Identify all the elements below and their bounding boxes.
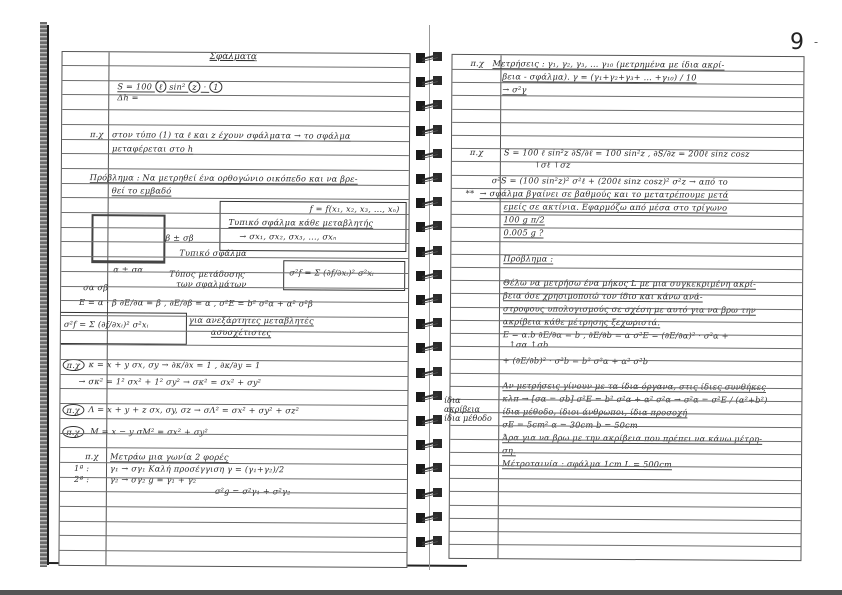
p2-b: βεια όσε χρησιμοποιώ τον ίδιο και κάνω α… xyxy=(503,290,703,301)
page-number: 9 xyxy=(790,30,804,55)
example-1b: μεταφέρεται στο h xyxy=(112,143,193,153)
spiral-ring xyxy=(416,439,442,451)
ruled-line xyxy=(450,518,801,521)
ruled-line xyxy=(450,491,801,494)
ruled-line xyxy=(62,109,409,112)
ruled-line xyxy=(451,267,802,270)
spiral-ring xyxy=(416,100,442,112)
ex-angle-2-prefix: 2ª : xyxy=(74,474,89,484)
p2-k: Άρα για να βρω με την ακρίβεια που πρέπε… xyxy=(502,432,762,444)
measurements-c: → σ²γ xyxy=(502,84,526,94)
binding-edge xyxy=(47,25,49,565)
ex-k-prefix: π.χ xyxy=(63,359,85,371)
spiral-ring xyxy=(416,149,442,161)
ruled-line xyxy=(62,124,409,127)
spiral-ring xyxy=(416,52,442,64)
ruled-line xyxy=(452,122,803,125)
binding-strip xyxy=(40,22,47,567)
ex-angle-1-prefix: 1ª : xyxy=(74,463,89,473)
ruled-line xyxy=(61,344,408,347)
ruled-line xyxy=(62,65,409,68)
side-note-line: ακρίβεια xyxy=(444,405,492,414)
ruled-line xyxy=(450,505,801,508)
spiral-ring xyxy=(416,342,442,354)
f-definition: f = f(x₁, x₂, x₃, ..., xₙ) xyxy=(310,203,400,214)
ruled-line xyxy=(451,241,802,244)
ex-mu: Μ = x − y σΜ² = σx² + σy² xyxy=(90,426,208,437)
ruled-line xyxy=(60,506,407,509)
left-page: Σφάλματα S = 100 ℓ sin² z · 1 Δh = π.χ σ… xyxy=(58,51,410,568)
boxed-formula: σ²f = Σ (∂f/∂xᵢ)² σ²xᵢ xyxy=(64,319,149,330)
formula-s: S = 100 ℓ sin² z · 1 xyxy=(117,80,222,93)
ruled-line xyxy=(452,135,803,138)
spiral-ring xyxy=(416,318,442,330)
p2-l: ση. xyxy=(502,445,516,455)
ruled-line xyxy=(60,535,407,538)
margin-line xyxy=(105,52,109,565)
side-note-line: ίδια xyxy=(444,396,492,405)
note-prefix: ** xyxy=(466,188,475,198)
ruled-line xyxy=(451,373,802,376)
ruled-line xyxy=(62,94,409,97)
ex-lambda-prefix: π.χ xyxy=(62,404,84,416)
circled-z: z xyxy=(188,81,201,93)
spiral-ring xyxy=(416,221,442,233)
spiral-ring xyxy=(416,391,442,403)
side-note: ίδια ακρίβεια ίδια μέθοδο xyxy=(444,396,492,423)
spiral-ring xyxy=(416,125,442,137)
a-side-label: α ± σα xyxy=(113,264,143,274)
ex-k-result: → σκ² = 1² σx² + 1² σy² → σκ² = σx² + σy… xyxy=(79,376,262,387)
spiral-ring xyxy=(416,246,442,258)
scan-bottom-border xyxy=(0,590,842,595)
p2-e-sigmas: ↑σα ↑σb xyxy=(509,339,549,349)
p2-a: Θέλω να μετρήσω ένα μήκος L με μια συγκε… xyxy=(503,277,756,289)
spiral-ring xyxy=(416,488,442,500)
ex-lambda: Λ = x + y + z σx, σy, σz → σΛ² = σx² + σ… xyxy=(88,404,299,415)
ex-angle-3: σ²g = σ²γ₁ + σ²γ₂ xyxy=(215,486,291,496)
measurements-b: βεια - σφάλμα). γ = (γ₁+γ₂+γ₃+ ... +γ₁₀)… xyxy=(502,71,696,82)
ruled-line xyxy=(60,447,407,450)
ruled-line xyxy=(62,80,409,83)
note-c: 100 g π/2 xyxy=(504,214,545,224)
ruled-line xyxy=(62,197,409,200)
spiral-ring xyxy=(416,76,442,88)
problem-1b: θεί το εμβαδό xyxy=(112,185,172,195)
sigma-labels: σα σβ xyxy=(83,282,108,292)
ruled-line xyxy=(60,550,407,553)
spiral-ring xyxy=(416,367,442,379)
uncorrelated: ασυσχέτιστες xyxy=(211,327,271,337)
f-error-label: Τυπικό σφάλμα κάθε μεταβλητής xyxy=(229,217,374,228)
ruled-line xyxy=(450,544,801,547)
measurements-prefix: π.χ xyxy=(470,58,484,68)
ex-angle-prefix: π.χ xyxy=(85,451,99,461)
ruled-line xyxy=(60,521,407,524)
ruled-line xyxy=(452,161,803,164)
page-number-suffix: - xyxy=(814,35,818,49)
spiral-ring xyxy=(416,294,442,306)
measurements-a: Μετρήσεις : γ₁, γ₂, γ₃, ... γ₁₀ (μετρημέ… xyxy=(492,58,724,69)
spiral-ring xyxy=(416,173,442,185)
spiral-ring xyxy=(416,512,442,524)
ruled-line xyxy=(60,418,407,421)
side-note-line: ίδια μέθοδο xyxy=(444,414,492,423)
ruled-line xyxy=(61,388,408,391)
ruled-line xyxy=(62,153,409,156)
spiral-ring xyxy=(416,536,442,548)
area-derivatives: E = α · β ∂E/∂α = β , ∂E/∂β = α , σ²E = … xyxy=(79,297,313,308)
p2-j: σE = 5cm² α = 30cm b = 50cm xyxy=(502,419,638,430)
circled-l: ℓ xyxy=(155,81,167,93)
ex-angle-2: γ₂ → σγ₂ g = γ₁ + γ₂ xyxy=(110,474,196,485)
ex-angle: Μετράω μια γωνία 2 φορές xyxy=(110,451,229,462)
circled-1: 1 xyxy=(209,81,222,93)
ruled-line xyxy=(62,138,409,141)
spiral-ring xyxy=(416,463,442,475)
ruled-line xyxy=(452,95,803,98)
f-sigmas: → σx₁, σx₂, σx₃, ..., σxₙ xyxy=(239,231,336,242)
p2-m: Μέτροταινία : σφάλμα 1cm L = 500cm xyxy=(502,458,672,469)
spiral-ring xyxy=(416,197,442,209)
ruled-line xyxy=(451,346,802,349)
ruled-line xyxy=(450,478,801,481)
page-title: Σφάλματα xyxy=(210,52,257,62)
ruled-line xyxy=(450,531,801,534)
propagation-label-1: Τύπος μετάδοσης xyxy=(169,269,245,279)
spiral-ring xyxy=(416,415,442,427)
spiral-ring xyxy=(416,270,442,282)
ex-angle-1: γ₁ → σγ₁ Καλή προσέγγιση γ = (γ₁+γ₂)/2 xyxy=(110,463,284,474)
right-page: π.χ Μετρήσεις : γ₁, γ₂, γ₃, ... γ₁₀ (μετ… xyxy=(448,54,804,561)
ruled-line xyxy=(62,168,409,171)
ruled-line xyxy=(452,109,803,112)
